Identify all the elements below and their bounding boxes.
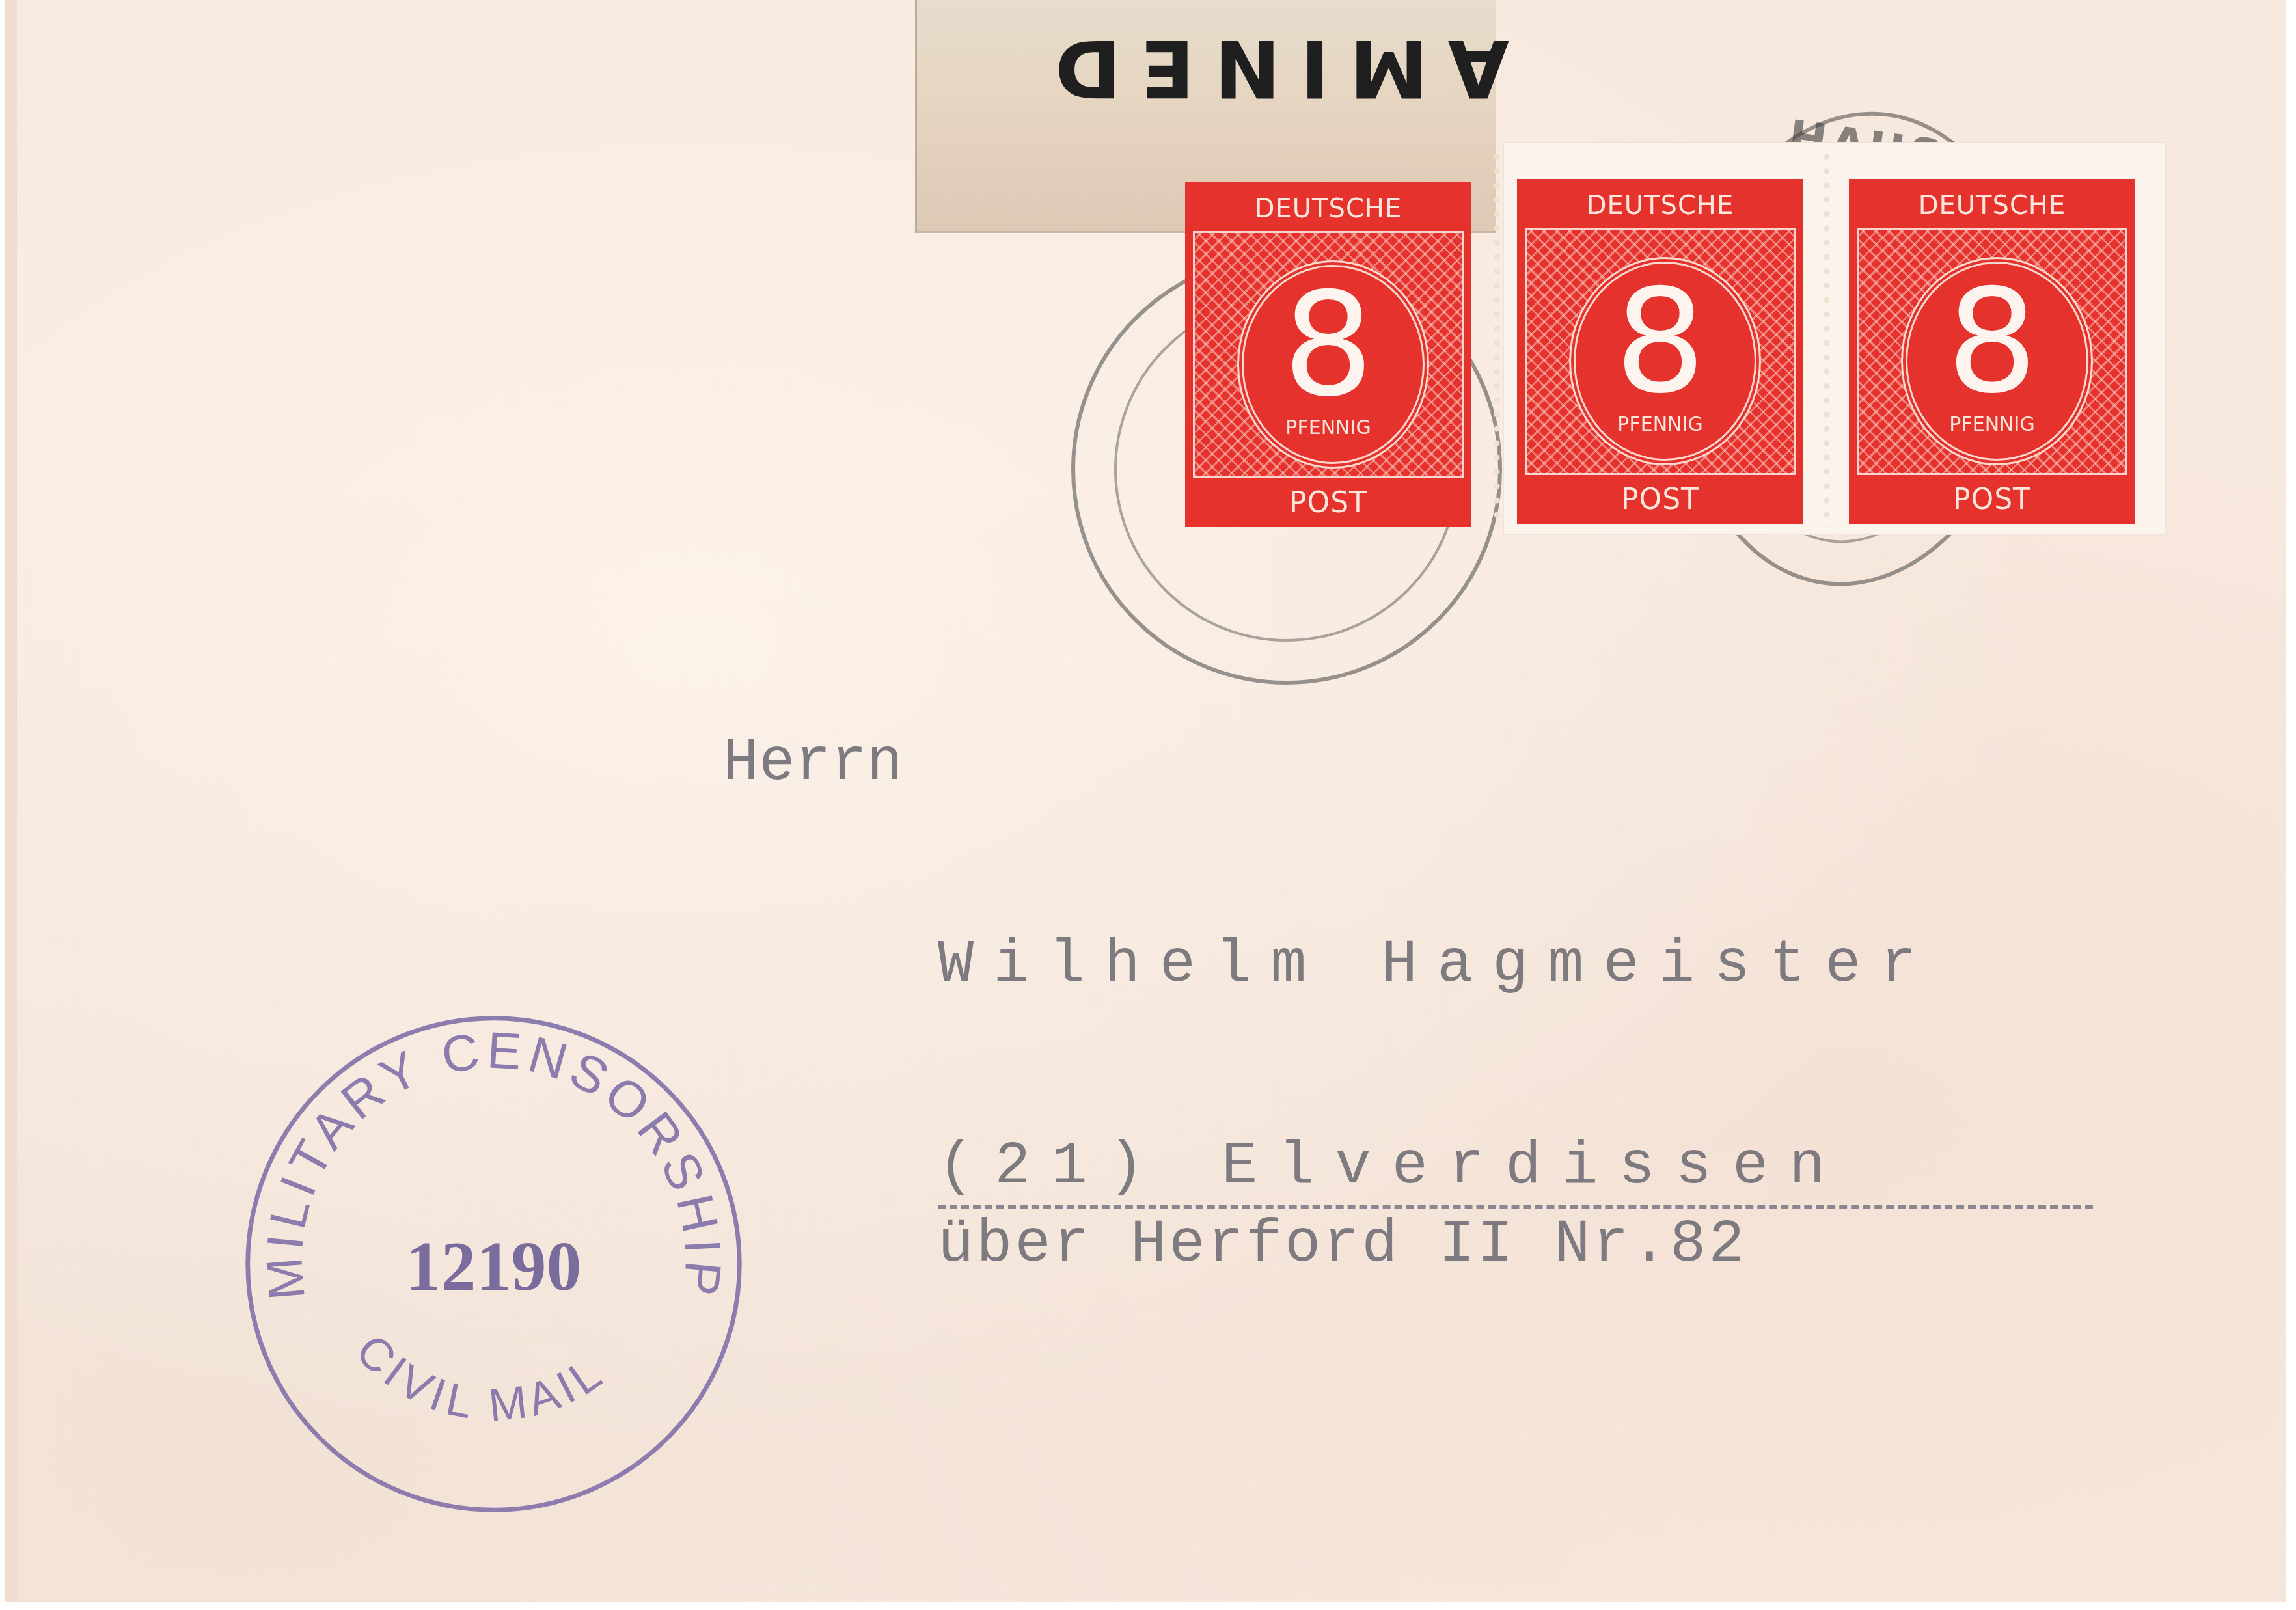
- stamp-service: POST: [1849, 483, 2135, 516]
- censorship-seal-graphic: MILITARY CENSORSHIP CIVIL MAILS 12190: [238, 1009, 749, 1520]
- stamp-service: POST: [1517, 483, 1803, 516]
- stamp-unit: PFENNIG: [1517, 413, 1803, 436]
- stamp-2: DEUTSCHE 8 PFENNIG POST: [1517, 179, 1803, 524]
- stamp-value: 8: [1849, 270, 2135, 413]
- stamp-3: DEUTSCHE 8 PFENNIG POST: [1849, 179, 2135, 524]
- stamp-unit: PFENNIG: [1849, 413, 2135, 436]
- address-route-line: über Herford II Nr.82: [938, 1210, 1747, 1279]
- stamp-service: POST: [1185, 486, 1471, 519]
- stamp-country: DEUTSCHE: [1185, 194, 1471, 224]
- perforation: [1823, 150, 1831, 527]
- censor-tape-text: AMINED BY: [989, 26, 1509, 111]
- address-city-line: (21) Elverdissen: [938, 1132, 1846, 1201]
- address-underline: [938, 1205, 2093, 1209]
- address-salutation: Herrn: [723, 729, 903, 797]
- stamp-value: 8: [1185, 273, 1471, 416]
- censorship-handstamp: MILITARY CENSORSHIP CIVIL MAILS 12190: [238, 1009, 749, 1520]
- stamp-strip: DEUTSCHE 8 PFENNIG POST DEUTSCHE 8 PFENN…: [1172, 143, 2165, 534]
- stamp-unit: PFENNIG: [1185, 416, 1471, 439]
- censorship-number: 12190: [406, 1228, 582, 1305]
- envelope: AMINED BY HAUSE DEUTSCHE 8 PFENNIG POST …: [5, 0, 2286, 1602]
- address-recipient-name: Wilhelm Hagmeister: [938, 931, 1936, 999]
- perforation: [1493, 150, 1501, 527]
- stamp-1: DEUTSCHE 8 PFENNIG POST: [1185, 182, 1471, 527]
- stamp-value: 8: [1517, 270, 1803, 413]
- stamp-country: DEUTSCHE: [1517, 191, 1803, 221]
- stamp-country: DEUTSCHE: [1849, 191, 2135, 221]
